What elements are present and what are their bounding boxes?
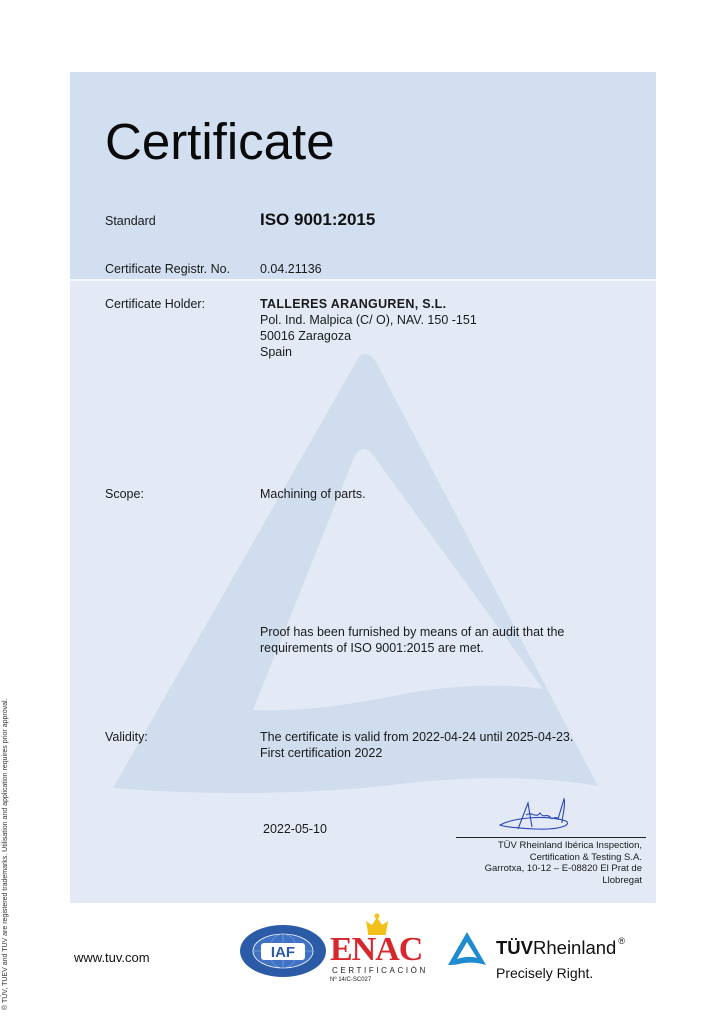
svg-text:IAF: IAF (271, 944, 295, 961)
holder-address-line: Spain (260, 344, 477, 360)
scope-value: Machining of parts. (260, 486, 366, 502)
issuer-line: TÜV Rheinland Ibérica Inspection, (456, 840, 642, 852)
certificate-panel: Certificate Standard ISO 9001:2015 Certi… (70, 72, 656, 903)
proof-line: Proof has been furnished by means of an … (260, 624, 564, 640)
proof-line: requirements of ISO 9001:2015 are met. (260, 640, 564, 656)
validity-line: First certification 2022 (260, 745, 573, 761)
registr-no-value: 0.04.21136 (260, 261, 322, 277)
issuer-line: Certification & Testing S.A. (456, 852, 642, 864)
holder-name: TALLERES ARANGUREN, S.L. (260, 296, 477, 312)
enac-logo: ENAC CERTIFICACIÓN Nº 14/C-SC027 (328, 913, 428, 985)
holder-block: TALLERES ARANGUREN, S.L. Pol. Ind. Malpi… (260, 296, 477, 360)
standard-label: Standard (105, 214, 156, 228)
proof-statement: Proof has been furnished by means of an … (260, 624, 564, 656)
iaf-logo-icon: IAF (239, 924, 327, 978)
registered-mark: ® (618, 936, 625, 946)
tuv-brand-bold: TÜV (496, 937, 533, 958)
validity-line: The certificate is valid from 2022-04-24… (260, 729, 573, 745)
registr-no-label: Certificate Registr. No. (105, 262, 230, 276)
issuer-line: Llobregat (456, 875, 642, 887)
signature-icon (496, 797, 576, 835)
enac-accreditation-number: Nº 14/C-SC027 (330, 977, 371, 983)
scope-label: Scope: (105, 487, 144, 501)
enac-wordmark: ENAC (330, 933, 422, 967)
tuv-rheinland-wordmark: TÜVRheinland® (496, 939, 625, 958)
holder-label: Certificate Holder: (105, 297, 205, 311)
standard-value: ISO 9001:2015 (260, 212, 375, 228)
enac-subtitle: CERTIFICACIÓN (332, 966, 428, 975)
certificate-title: Certificate (105, 116, 335, 167)
issuer-line: Garrotxa, 10-12 – E-08820 El Prat de (456, 863, 642, 875)
tuv-brand-regular: Rheinland (533, 937, 616, 958)
holder-address-line: Pol. Ind. Malpica (C/ O), NAV. 150 -151 (260, 312, 477, 328)
issue-date: 2022-05-10 (263, 822, 327, 836)
validity-label: Validity: (105, 730, 148, 744)
holder-address-line: 50016 Zaragoza (260, 328, 477, 344)
signature-block: TÜV Rheinland Ibérica Inspection, Certif… (456, 797, 646, 886)
issuer-address: TÜV Rheinland Ibérica Inspection, Certif… (456, 838, 646, 886)
tuv-triangle-logo-icon (447, 931, 487, 967)
website-link[interactable]: www.tuv.com (74, 950, 150, 965)
tuv-slogan: Precisely Right. (496, 965, 593, 981)
validity-block: The certificate is valid from 2022-04-24… (260, 729, 573, 761)
trademark-note: ® TÜV, TUEV and TUV are registered trade… (2, 699, 9, 1011)
